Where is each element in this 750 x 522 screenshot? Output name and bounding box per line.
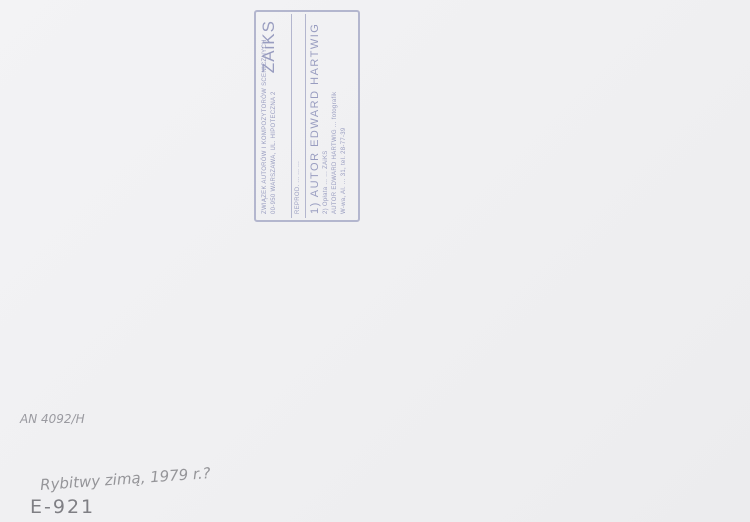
stamp-line-6: AUTOR EDWARD HARTWIG ... fotografik xyxy=(331,14,340,218)
photo-back-paper xyxy=(0,0,750,522)
stamp-divider xyxy=(291,14,292,218)
stamp-line-3: REPROD. ... ... ... xyxy=(294,14,303,218)
catalog-code: E-921 xyxy=(30,496,95,518)
stamp-title: ZAiKS xyxy=(259,20,279,73)
stamp-line-4: 1) AUTOR EDWARD HARTWIG xyxy=(308,14,322,218)
stamp-line-5: 2) Opłata ... ... ZAiKS xyxy=(322,14,331,218)
zaiks-stamp: ZAiKS ZWIĄZEK AUTORÓW I KOMPOZYTORÓW SCE… xyxy=(254,10,360,222)
stamp-line-7: W-wa, Al. ... 31, tel. 28-77-39 xyxy=(340,14,349,218)
stamp-content: ZAiKS ZWIĄZEK AUTORÓW I KOMPOZYTORÓW SCE… xyxy=(257,14,357,218)
inventory-number: AN 4092/H xyxy=(20,412,85,426)
stamp-divider xyxy=(305,14,306,218)
